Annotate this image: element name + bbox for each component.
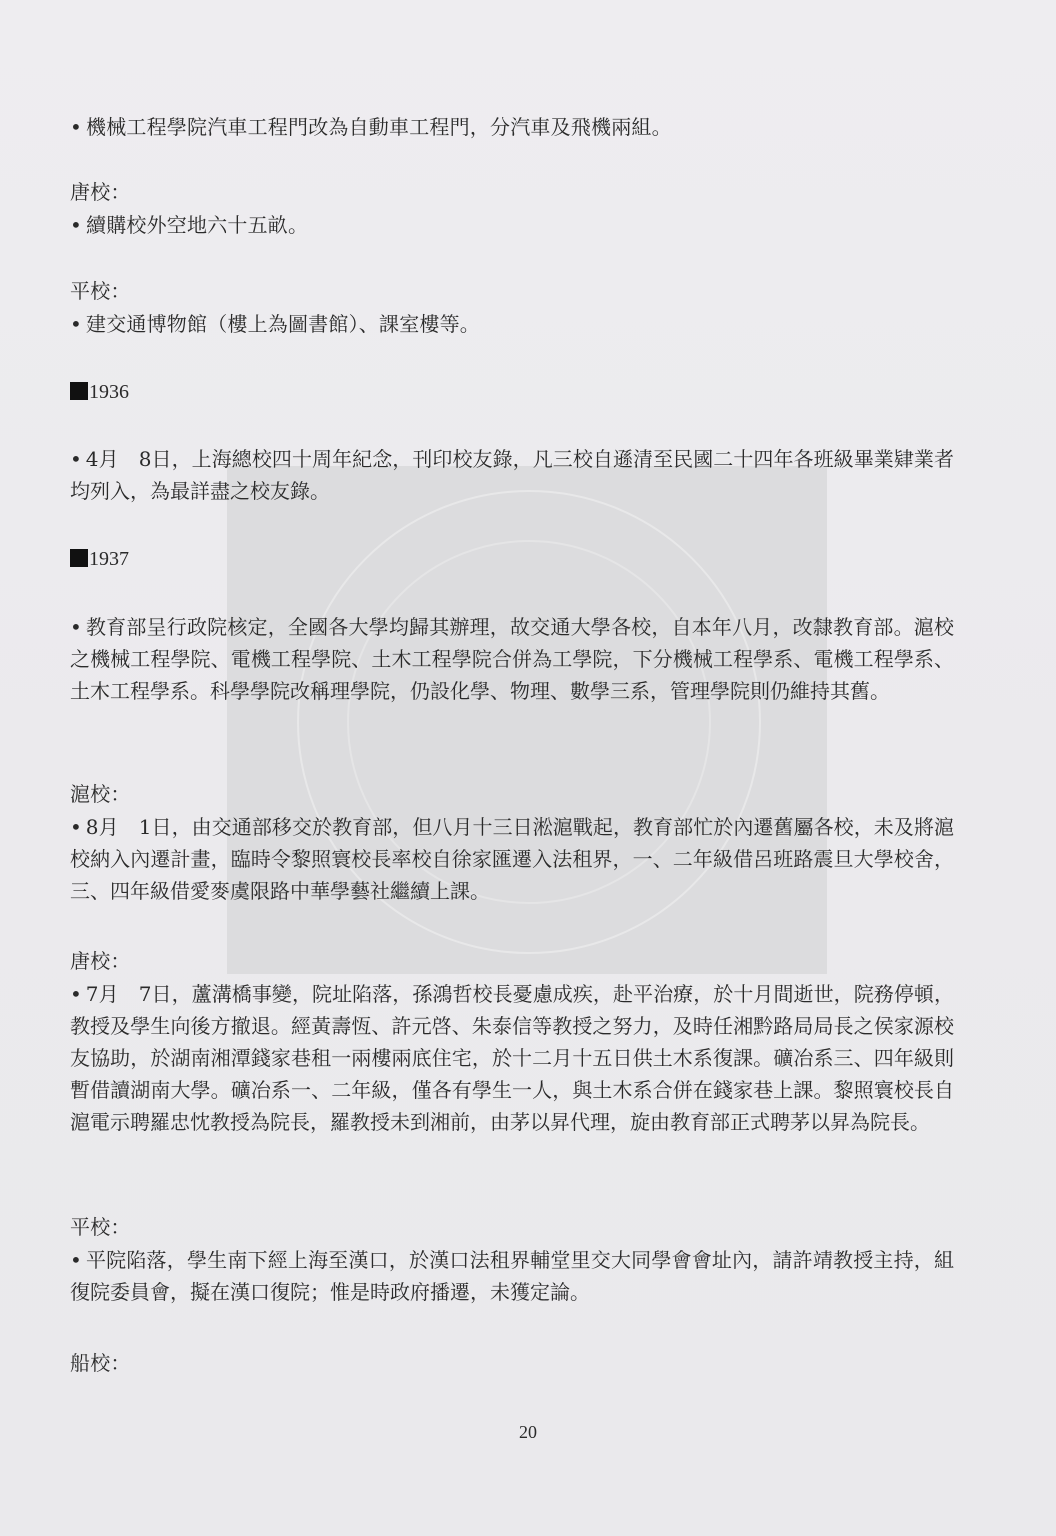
bullet-icon: • bbox=[70, 815, 82, 839]
year-heading: 1937 bbox=[70, 543, 129, 575]
bullet-icon: • bbox=[70, 1248, 82, 1272]
school-heading: 唐校： bbox=[70, 176, 131, 208]
bullet-icon: • bbox=[70, 615, 82, 639]
list-item: •機械工程學院汽車工程門改為自動車工程門，分汽車及飛機兩組。 bbox=[70, 111, 672, 143]
list-item: •8月 1日，由交通部移交於教育部，但八月十三日淞滬戰起，教育部忙於內遷舊屬各校… bbox=[70, 811, 954, 907]
school-heading: 船校： bbox=[70, 1347, 131, 1379]
school-heading: 平校： bbox=[70, 275, 131, 307]
bullet-icon: • bbox=[70, 213, 82, 237]
square-marker-icon bbox=[70, 549, 88, 567]
bullet-icon: • bbox=[70, 115, 82, 139]
page-number: 20 bbox=[0, 1422, 1056, 1443]
list-item: •平院陷落，學生南下經上海至漢口，於漢口法租界輔堂里交大同學會會址內，請許靖教授… bbox=[70, 1244, 954, 1308]
list-item: •7月 7日，蘆溝橋事變，院址陷落，孫鴻哲校長憂慮成疾，赴平治療，於十月間逝世，… bbox=[70, 978, 954, 1138]
list-item: •4月 8日，上海總校四十周年紀念，刊印校友錄，凡三校自遜清至民國二十四年各班級… bbox=[70, 443, 954, 507]
scanned-page: •機械工程學院汽車工程門改為自動車工程門，分汽車及飛機兩組。 唐校： •續購校外… bbox=[0, 0, 1056, 1536]
list-item: •教育部呈行政院核定，全國各大學均歸其辦理，故交通大學各校，自本年八月，改隸教育… bbox=[70, 611, 954, 707]
school-heading: 唐校： bbox=[70, 945, 131, 977]
list-item: •建交通博物館（樓上為圖書館）、課室樓等。 bbox=[70, 308, 480, 340]
square-marker-icon bbox=[70, 382, 88, 400]
school-heading: 滬校： bbox=[70, 778, 131, 810]
bullet-icon: • bbox=[70, 982, 82, 1006]
school-heading: 平校： bbox=[70, 1211, 131, 1243]
year-heading: 1936 bbox=[70, 376, 129, 408]
list-item: •續購校外空地六十五畝。 bbox=[70, 209, 308, 241]
bullet-icon: • bbox=[70, 447, 82, 471]
bullet-icon: • bbox=[70, 312, 82, 336]
